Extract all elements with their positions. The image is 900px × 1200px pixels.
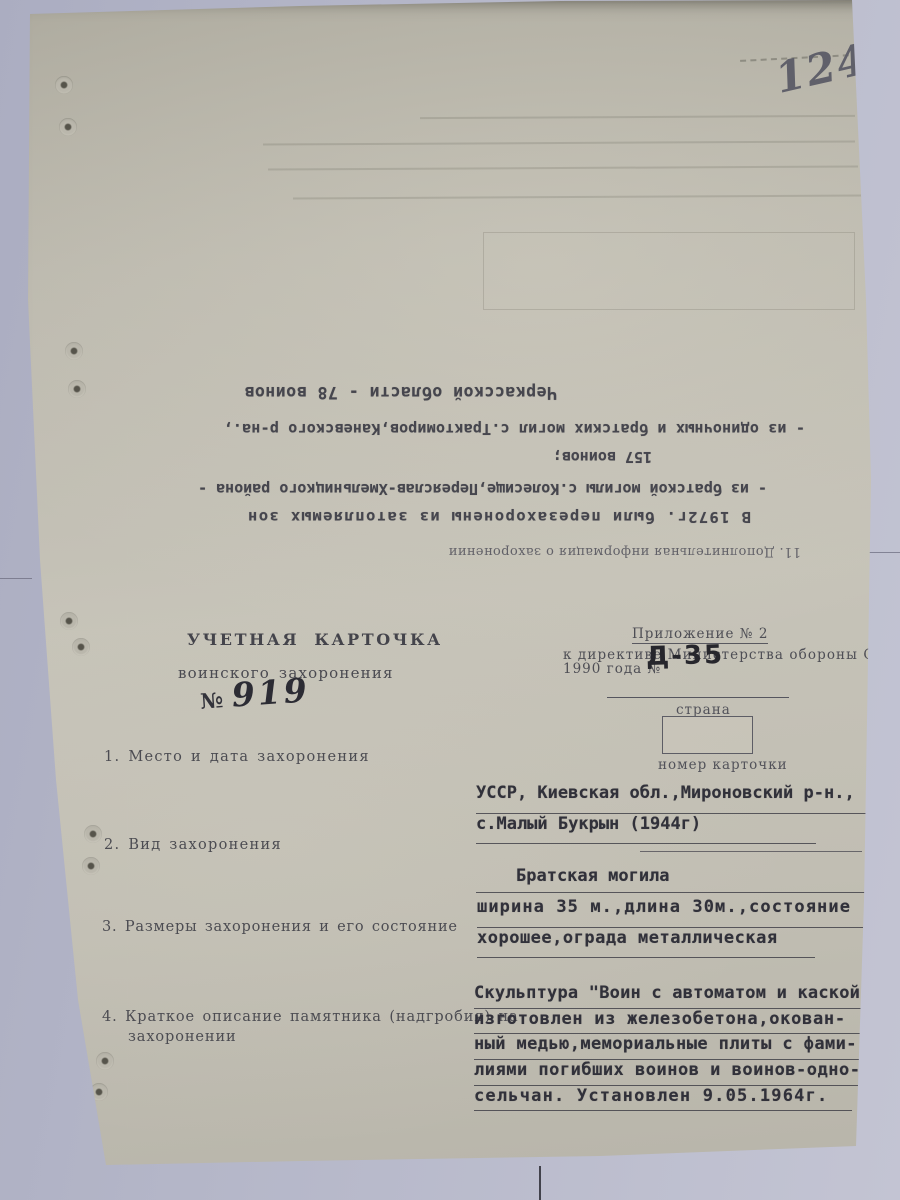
value-line: изготовлен из железобетона,окован- [474, 1009, 870, 1035]
bleed-line [263, 140, 855, 145]
bleed-rectangle [483, 232, 855, 310]
punch-hole [72, 638, 90, 656]
card-title: УЧЕТНАЯ КАРТОЧКА [187, 630, 443, 649]
scanned-document-photo: 124 11. Дополнительная информация о захо… [0, 0, 900, 1200]
punch-hole [96, 1052, 114, 1070]
value-line: с.Малый Букрын (1944г) [476, 814, 816, 845]
value-line: Скульптура "Воин с автоматом и каской" [474, 983, 876, 1009]
horizontal-rule [607, 697, 789, 698]
reburial-line-cherkassy: Черкасской области - 78 воинов [244, 383, 557, 402]
paper-sheet: 124 11. Дополнительная информация о захо… [0, 0, 900, 1200]
reburial-line-bratskaya: - из братской могилы с.Колесище,Переясла… [198, 480, 767, 498]
punch-hole [90, 1083, 108, 1101]
punch-hole [65, 342, 83, 360]
page-number-handwritten: 124 [771, 34, 873, 103]
empty-form-line [640, 851, 862, 852]
field-value-monument-description: Скульптура "Воин с автоматом и каской" и… [474, 983, 876, 1111]
punch-hole [59, 118, 77, 136]
table-seam-right [866, 552, 900, 553]
value-line: сельчан. Установлен 9.05.1964г. [474, 1086, 852, 1112]
country-box [662, 716, 753, 754]
field-label-burial-type: 2. Вид захоронения [104, 837, 282, 853]
bleed-line [293, 195, 861, 199]
field-value-burial-type: Братская могила [476, 866, 868, 893]
field-label-size-condition: 3. Размеры захоронения и его состояние [102, 919, 458, 935]
bleed-line [420, 115, 855, 119]
field-label-monument-description: 4. Краткое описание памятника (надгробия… [102, 1007, 533, 1047]
field-value-place-date: УССР, Киевская обл.,Мироновский р-н., с.… [476, 783, 868, 844]
punch-hole [68, 380, 86, 398]
additional-info-section-upside-down: 11. Дополнительная информация о захороне… [183, 368, 817, 562]
value-line: УССР, Киевская обл.,Мироновский р-н., [476, 783, 868, 814]
value-line: ширина 35 м.,длина 30м.,состояние [477, 897, 863, 928]
value-line: хорошее,ограда металлическая [477, 928, 815, 959]
value-line: Братская могила [476, 866, 868, 893]
directive-number-handwritten: Д-35 [646, 640, 725, 672]
field-label-place-date: 1. Место и дата захоронения [104, 749, 370, 765]
number-sign: № [200, 687, 225, 714]
card-number-label: номер карточки [658, 757, 788, 773]
field-value-size-condition: ширина 35 м.,длина 30м.,состояние хороше… [477, 897, 863, 958]
table-seam-left [0, 578, 32, 579]
punch-hole [84, 825, 102, 843]
reburial-line-1972: В 1972г. были перезахоронены из затопляе… [247, 508, 751, 526]
table-crack-line [539, 1166, 541, 1200]
reburial-line-157: 157 воинов; [553, 448, 652, 466]
card-number-handwritten: 919 [231, 670, 311, 714]
punch-hole [60, 612, 78, 630]
value-line: лиями погибших воинов и воинов-одно- [474, 1060, 866, 1086]
punch-hole [82, 857, 100, 875]
reburial-line-odinochnye: - из одиночных и братских могил с.Тракто… [223, 420, 805, 438]
bleed-line [268, 165, 858, 170]
punch-hole [55, 76, 73, 94]
value-line: ный медью,мемориальные плиты с фами- [474, 1034, 870, 1060]
card-number: №919 [199, 670, 311, 717]
additional-info-heading: 11. Дополнительная информация о захороне… [448, 544, 801, 559]
